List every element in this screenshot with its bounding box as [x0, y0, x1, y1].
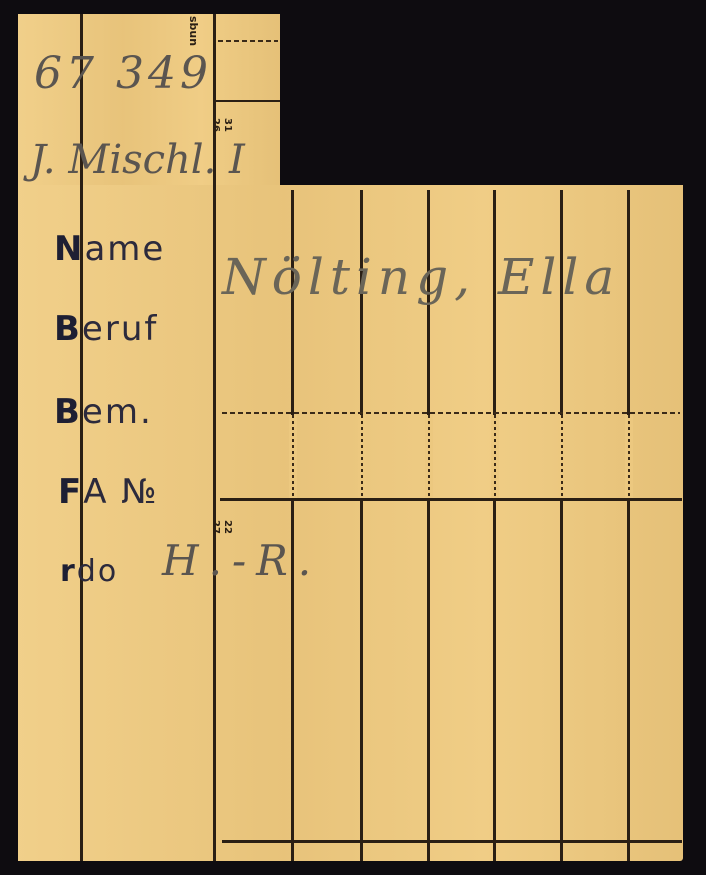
handwritten-card-number: 67 349 — [34, 52, 212, 96]
field-label-fa-no: FA № — [58, 475, 159, 509]
rotated-print-text: sbun — [187, 16, 200, 46]
rule-dotted — [428, 415, 430, 498]
rule-vertical — [627, 190, 630, 861]
rule-dotted — [628, 415, 630, 498]
rule-dotted — [561, 415, 563, 498]
rule-horizontal — [222, 840, 682, 843]
field-label-name: Name — [54, 232, 165, 266]
rule-dashed — [218, 40, 278, 42]
field-value-name: Nölting, Ella — [222, 252, 620, 302]
rule-dotted — [361, 415, 363, 498]
rule-horizontal — [216, 100, 280, 102]
rule-dotted — [494, 415, 496, 498]
field-label-beruf: Beruf — [54, 312, 158, 346]
handwritten-reference: J. Mischl. I — [30, 140, 245, 180]
rule-horizontal — [220, 498, 682, 501]
rule-dotted — [292, 415, 294, 498]
field-label-bem: Bem. — [54, 395, 153, 429]
field-label-rdo: rdo — [60, 557, 118, 587]
rule-dashed — [222, 412, 680, 414]
field-value-rdo: H.-R. — [162, 540, 321, 582]
